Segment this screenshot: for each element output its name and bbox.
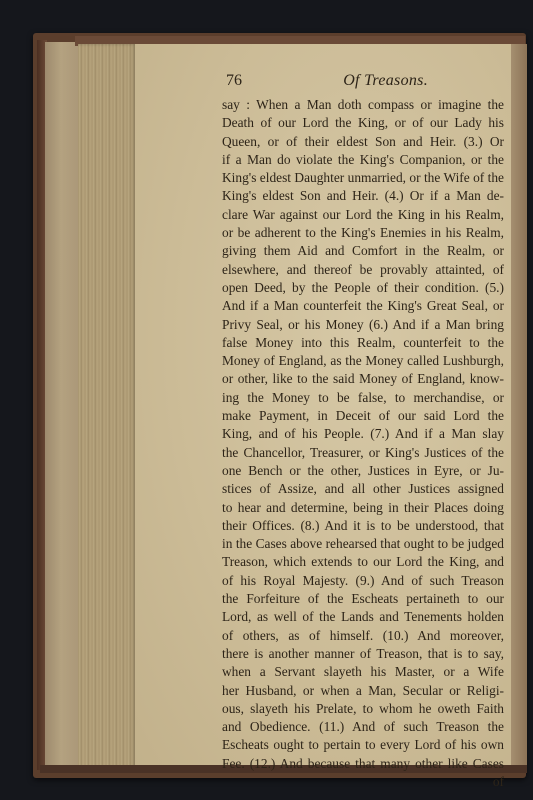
text-line: And if a Man counterfeit the King's Grea… xyxy=(222,297,504,315)
text-line: if a Man do violate the King's Companion… xyxy=(222,151,504,169)
text-line: of his Royal Majesty. (9.) And of such T… xyxy=(222,572,504,590)
text-line: Queen, or of their eldest Son and Heir. … xyxy=(222,133,504,151)
text-line: Money of England, as the Money called Lu… xyxy=(222,352,504,370)
page-text-block: 76 Of Treasons. say : When a Man doth co… xyxy=(222,72,504,791)
text-line: giving them Aid and Comfort in the Realm… xyxy=(222,242,504,260)
text-line: her Husband, or when a Man, Secular or R… xyxy=(222,682,504,700)
text-line: King, and of his People. (7.) And if a M… xyxy=(222,425,504,443)
text-line: make Payment, in Deceit of our said Lord… xyxy=(222,407,504,425)
text-line: King's eldest Daughter unmarried, or the… xyxy=(222,169,504,187)
text-line: stices of Assize, and all other Justices… xyxy=(222,480,504,498)
catchword: of xyxy=(222,773,504,791)
text-line: Death of our Lord the King, or of our La… xyxy=(222,114,504,132)
text-line: or be adherent to the King's Enemies in … xyxy=(222,224,504,242)
text-line: Escheats ought to pertain to every Lord … xyxy=(222,736,504,754)
text-line: the Forfeiture of the Escheats pertainet… xyxy=(222,590,504,608)
text-line: Fee. (12.) And because that many other l… xyxy=(222,755,504,773)
text-line: say : When a Man doth compass or imagine… xyxy=(222,96,504,114)
text-line: their Offices. (8.) And it is to be unde… xyxy=(222,517,504,535)
text-line: Lord, as well of the Lands and Tenements… xyxy=(222,608,504,626)
page-header: 76 Of Treasons. xyxy=(222,72,504,94)
running-head: Of Treasons. xyxy=(343,72,428,90)
text-line: Treason, which extends to our Lord the K… xyxy=(222,553,504,571)
text-line: Privy Seal, or his Money (6.) And if a M… xyxy=(222,316,504,334)
text-line: or other, like to the said Money of Engl… xyxy=(222,370,504,388)
text-line: and Obedience. (11.) And of such Treason… xyxy=(222,718,504,736)
text-line: when a Servant slayeth his Master, or a … xyxy=(222,663,504,681)
text-line: of others, as of himself. (10.) And more… xyxy=(222,627,504,645)
text-line: elsewhere, and thereof be provably attai… xyxy=(222,261,504,279)
text-line: false Money into this Realm, counterfeit… xyxy=(222,334,504,352)
text-line: open Deed, by the People of their condit… xyxy=(222,279,504,297)
text-line: ing the Money to be false, to merchandis… xyxy=(222,389,504,407)
body-text: say : When a Man doth compass or imagine… xyxy=(222,96,504,773)
page-number: 76 xyxy=(226,72,242,90)
text-line: in the Cases above rehearsed that ought … xyxy=(222,535,504,553)
right-page-edge xyxy=(511,44,527,768)
text-line: one Bench or the other, Justices in Eyre… xyxy=(222,462,504,480)
text-line: clare War against our Lord the King in h… xyxy=(222,206,504,224)
text-line: the Chancellor, Treasurer, or King's Jus… xyxy=(222,444,504,462)
text-line: there is another manner of Treason, that… xyxy=(222,645,504,663)
text-line: King's eldest Son and Heir. (4.) Or if a… xyxy=(222,187,504,205)
page-stack-edges xyxy=(78,44,136,768)
text-line: to hear and determine, being in their Pl… xyxy=(222,499,504,517)
text-line: ous, slayeth his Prelate, to whom he owe… xyxy=(222,700,504,718)
